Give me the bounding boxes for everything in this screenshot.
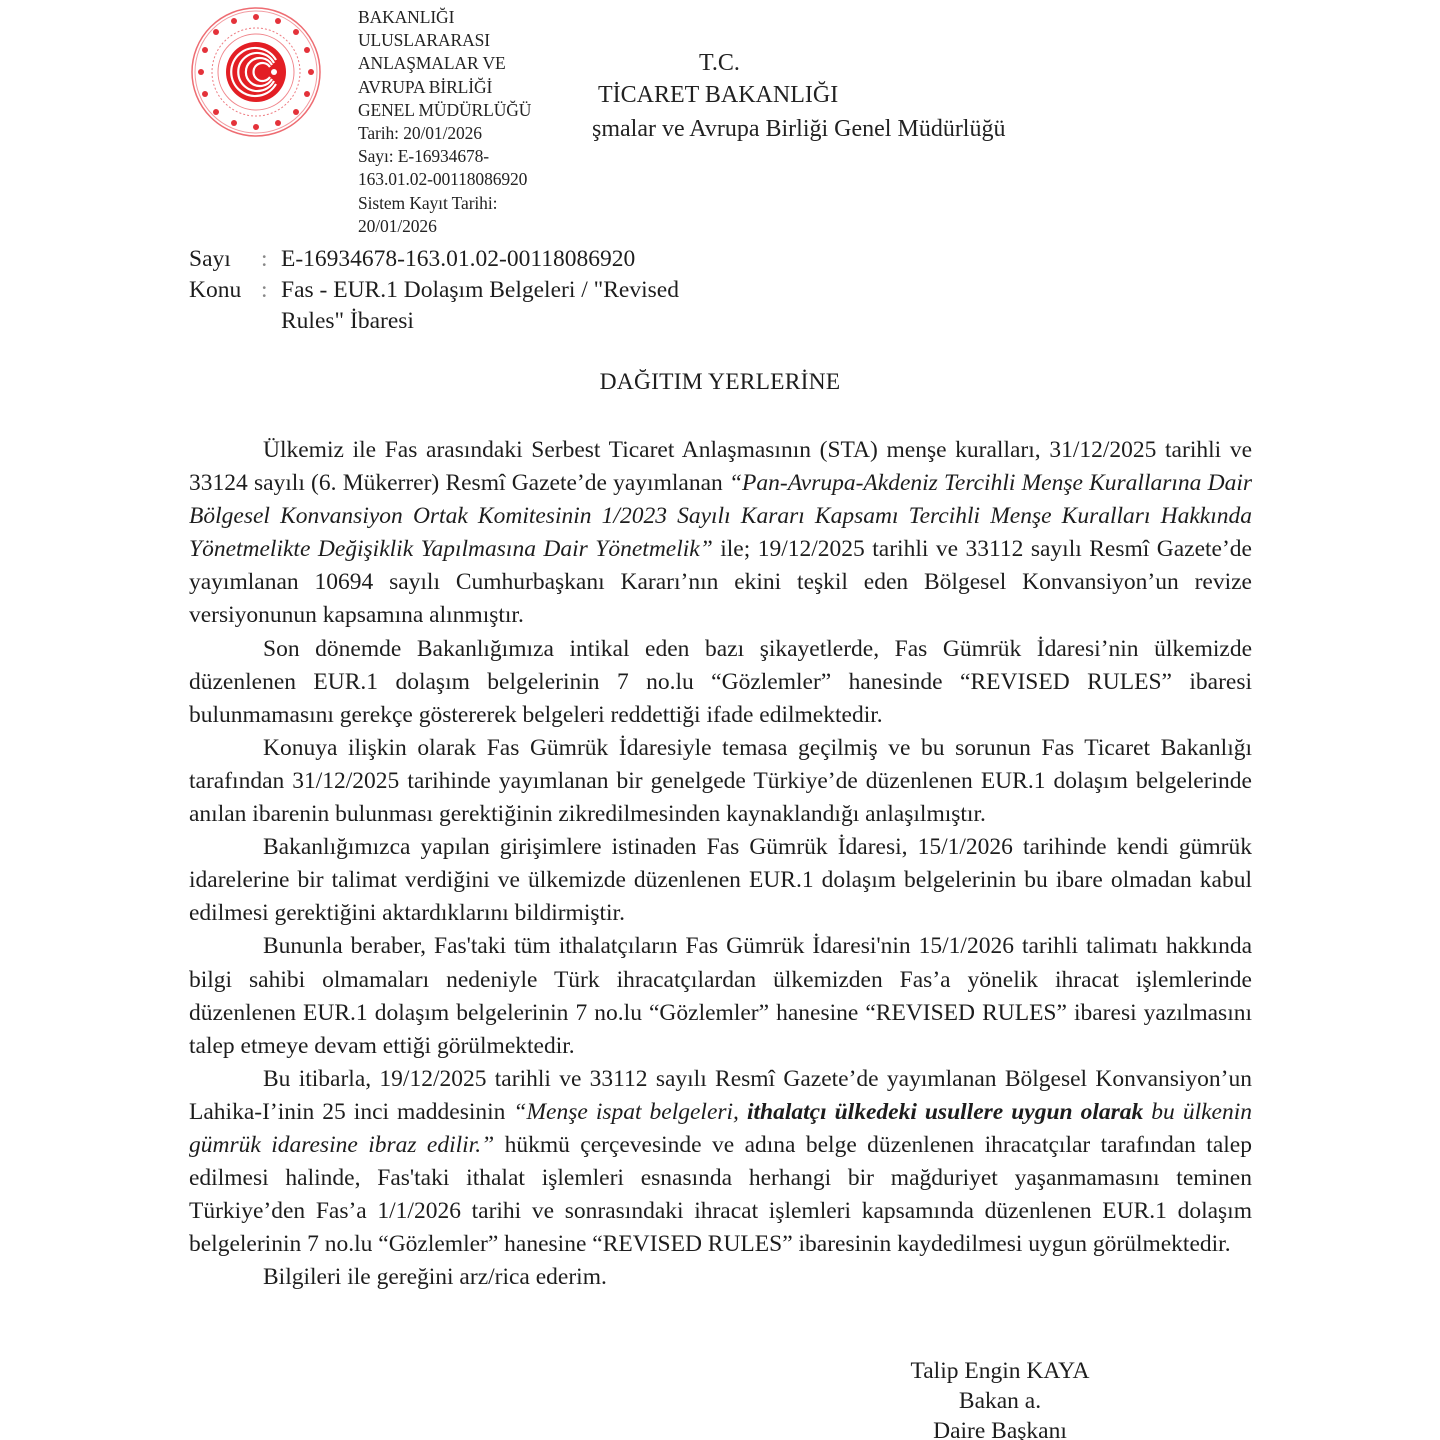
paragraph-3: Konuya ilişkin olarak Fas Gümrük İdaresi… [189, 732, 1252, 831]
konu-row: Konu : Fas - EUR.1 Dolaşım Belgeleri / "… [189, 275, 721, 306]
letterhead-ministry: TİCARET BAKANLIĞI [598, 82, 838, 109]
signer-name: Talip Engin KAYA [880, 1356, 1120, 1386]
konu-value: Fas - EUR.1 Dolaşım Belgeleri / "Revised [281, 275, 721, 306]
stamp-date: Tarih: 20/01/2026 [358, 122, 588, 145]
sayi-label: Sayı [189, 244, 261, 275]
signer-on-behalf: Bakan a. [880, 1386, 1120, 1416]
stamp-line: BAKANLIĞI [358, 6, 588, 29]
paragraph-6: Bu itibarla, 19/12/2025 tarihli ve 33112… [189, 1063, 1252, 1262]
paragraph-5: Bununla beraber, Fas'taki tüm ithalatçıl… [189, 930, 1252, 1062]
stamp-line: GENEL MÜDÜRLÜĞÜ [358, 99, 588, 122]
addressee-heading: DAĞITIM YERLERİNE [0, 369, 1440, 396]
stamp-number: Sayı: E-16934678- [358, 145, 588, 168]
sayi-value: E-16934678-163.01.02-00118086920 [281, 244, 721, 275]
konu-separator: : [261, 275, 281, 306]
sayi-row: Sayı : E-16934678-163.01.02-00118086920 [189, 244, 721, 275]
stamp-line: AVRUPA BİRLİĞİ [358, 76, 588, 99]
paragraph-1: Ülkemiz ile Fas arasındaki Serbest Ticar… [189, 434, 1252, 633]
paragraph-2: Son dönemde Bakanlığımıza intikal eden b… [189, 633, 1252, 732]
ministry-emblem-icon [188, 4, 324, 140]
letterhead-tc: T.C. [699, 50, 740, 77]
sayi-separator: : [261, 244, 281, 275]
stamp-registry-date: 20/01/2026 [358, 215, 588, 238]
quote-bold-italic: ithalatçı ülkedeki usullere uygun olarak [747, 1099, 1143, 1125]
stamp-line: ULUSLARARASI [358, 29, 588, 52]
signer-title: Daire Başkanı [880, 1416, 1120, 1440]
signature-block: Talip Engin KAYA Bakan a. Daire Başkanı [880, 1356, 1120, 1440]
letter-body: Ülkemiz ile Fas arasındaki Serbest Ticar… [189, 434, 1252, 1294]
stamp-number-cont: 163.01.02-00118086920 [358, 168, 588, 191]
document-meta: Sayı : E-16934678-163.01.02-00118086920 … [189, 244, 721, 337]
letterhead-department: şmalar ve Avrupa Birliği Genel Müdürlüğü [592, 116, 1005, 143]
paragraph-4: Bakanlığımızca yapılan girişimlere istin… [189, 831, 1252, 930]
registry-stamp: BAKANLIĞI ULUSLARARASI ANLAŞMALAR VE AVR… [358, 6, 588, 238]
konu-label: Konu [189, 275, 261, 306]
stamp-line: ANLAŞMALAR VE [358, 52, 588, 75]
paragraph-closing: Bilgileri ile gereğini arz/rica ederim. [189, 1261, 1252, 1294]
stamp-registry-label: Sistem Kayıt Tarihi: [358, 192, 588, 215]
konu-value-cont: Rules" İbaresi [189, 306, 721, 337]
quote-italic: “Menşe ispat belgeleri, [513, 1099, 747, 1125]
